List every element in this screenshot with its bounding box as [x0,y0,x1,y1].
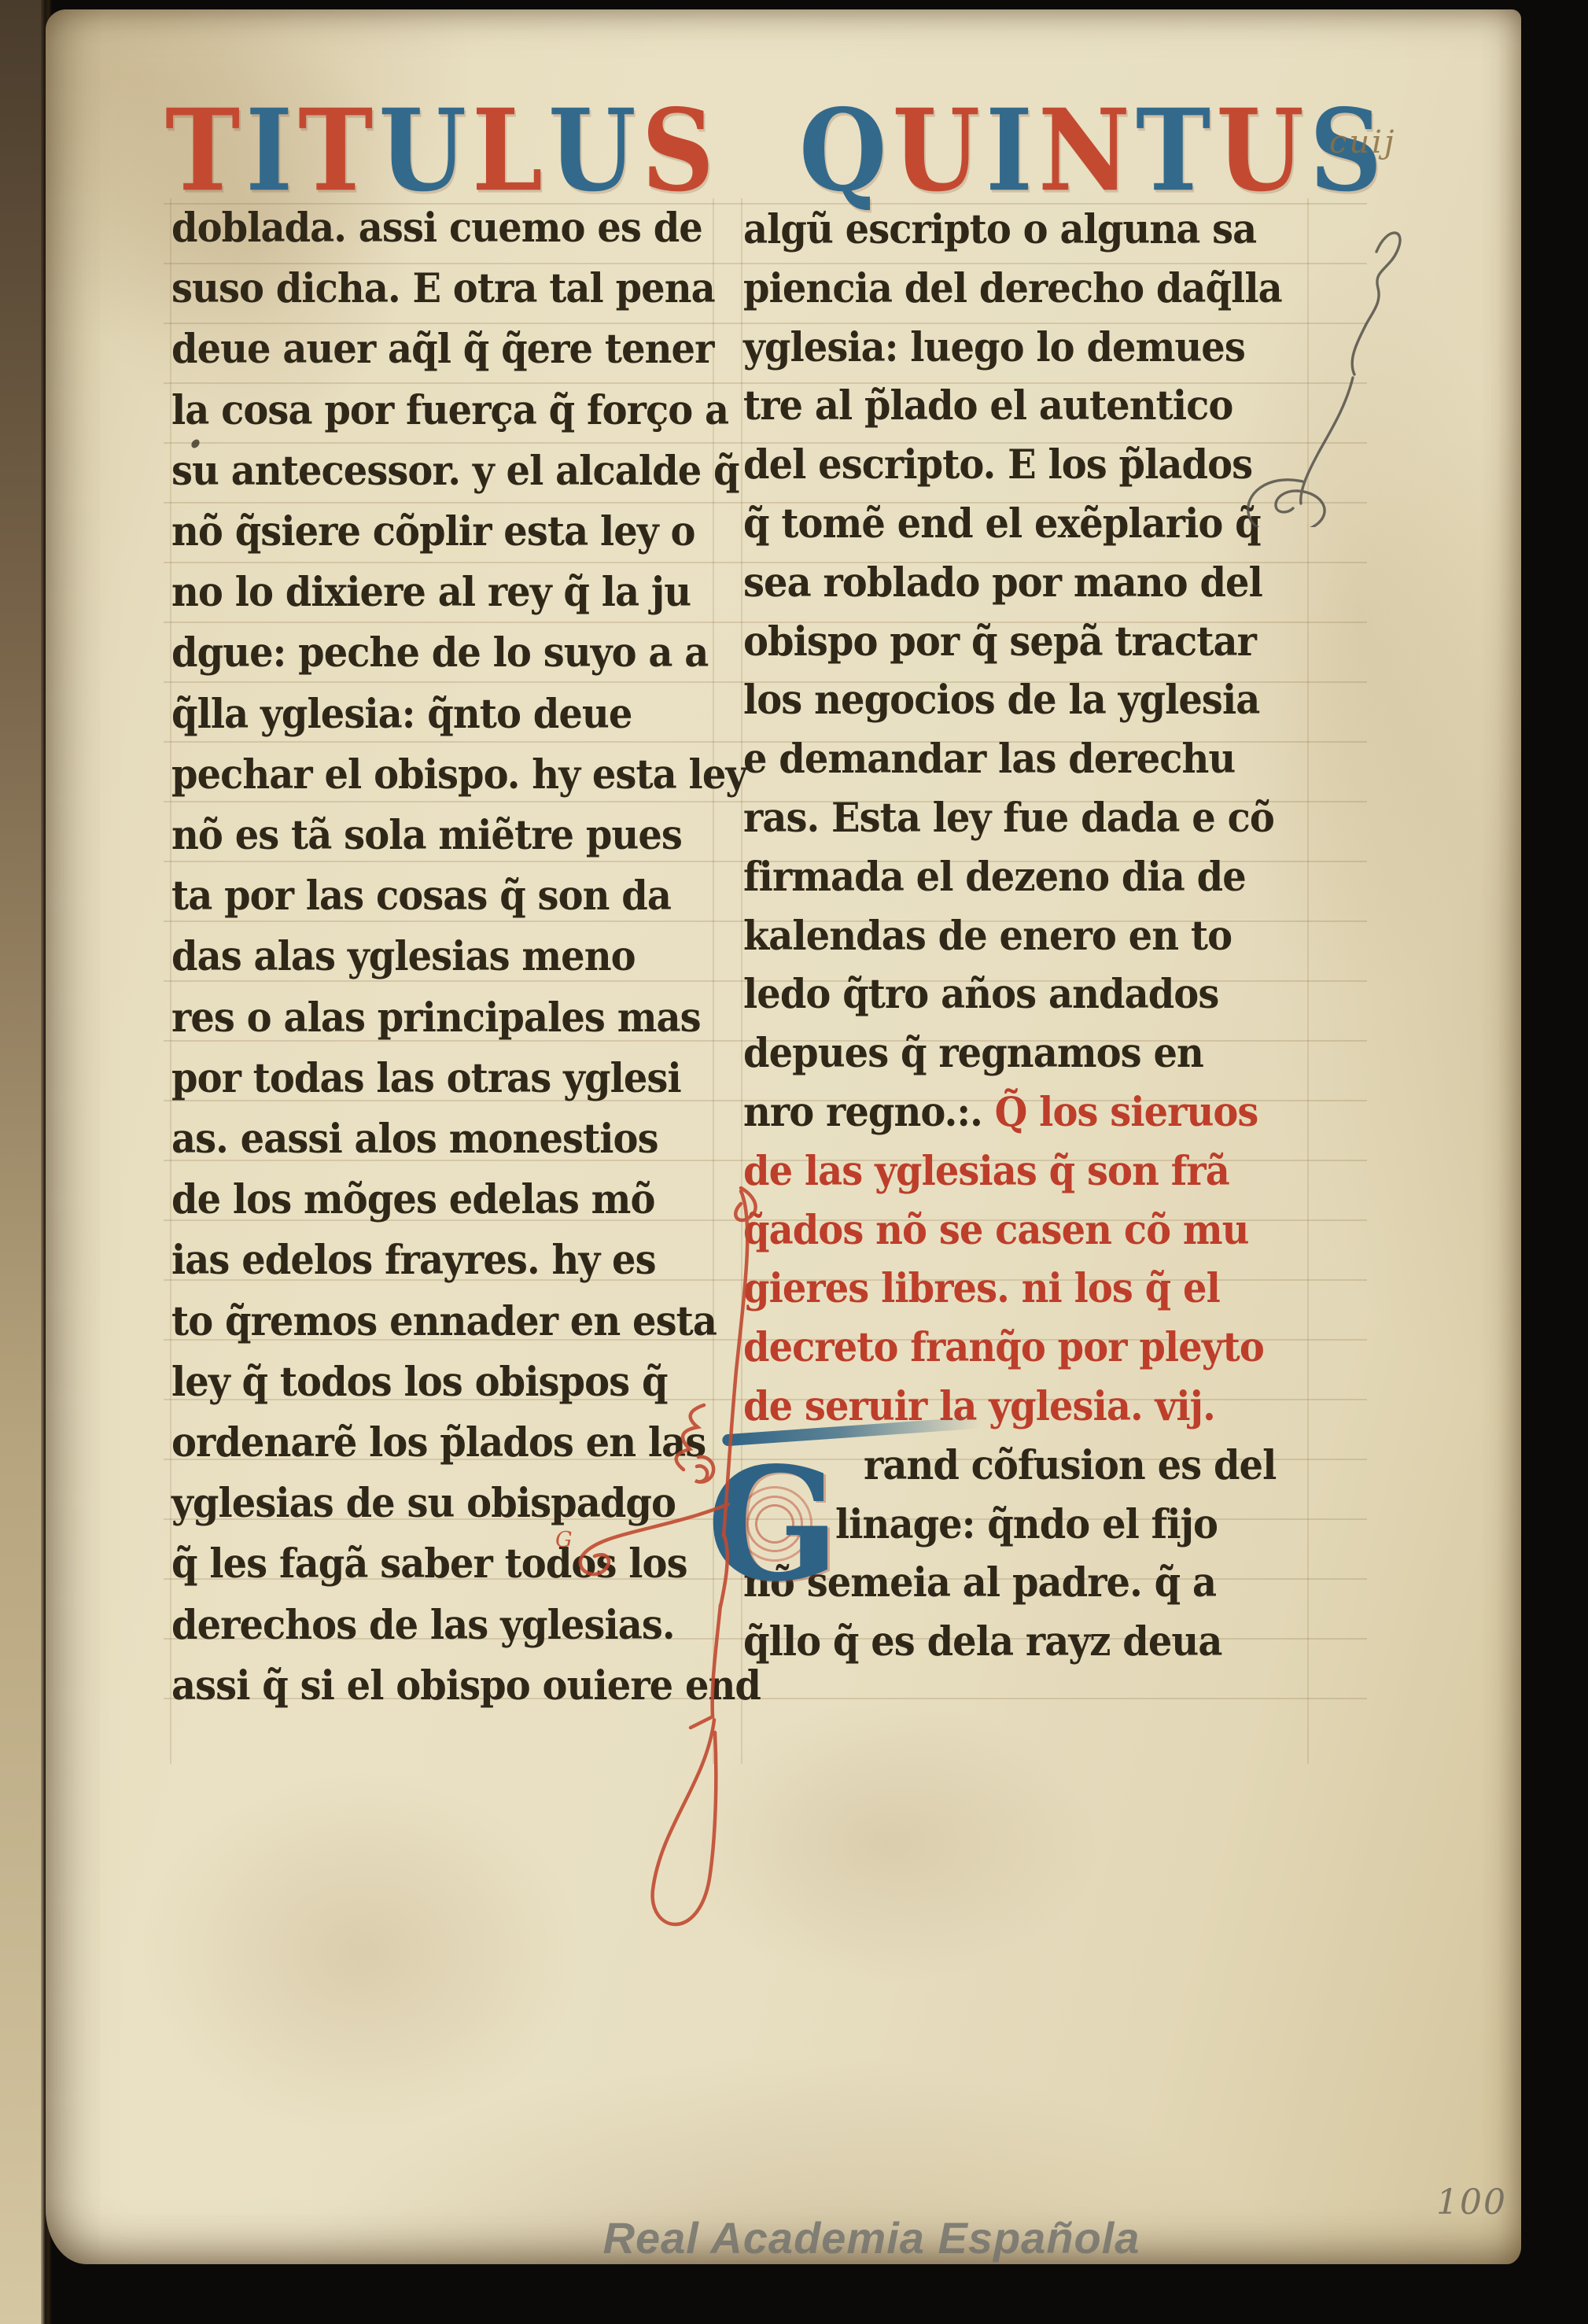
manuscript-line: suso dicha. E otra tal pena [171,267,715,311]
text-segment: nro regno.:. [743,1089,995,1136]
manuscript-line: kalendas de enero en to [743,914,1232,958]
title-letter: I [245,94,298,207]
title-letter: L [472,94,548,207]
text-segment: no lo dixiere al rey q̃ la ju [171,569,691,616]
title-letter: S [642,94,720,207]
manuscript-line: nõ es tã sola miẽtre pues [171,813,682,858]
text-segment: das alas yglesias meno [171,933,636,980]
text-segment: los negocios de la yglesia [743,677,1259,724]
text-segment: as. eassi alos monestios [171,1116,658,1163]
manuscript-line: depues q̃ regnamos en [743,1031,1203,1075]
manuscript-line: piencia del derecho daq̃lla [743,267,1282,311]
manuscript-line: no lo dixiere al rey q̃ la ju [171,570,691,614]
rubric-segment: de las yglesias q̃ son frã [743,1148,1229,1195]
manuscript-line: gieres libres. ni los q̃ el [743,1267,1220,1311]
text-segment: obispo por q̃ sepã tractar [743,618,1256,666]
manuscript-line: obispo por q̃ sepã tractar [743,620,1256,664]
text-segment: doblada. assi cuemo es de [171,205,702,252]
text-segment: ledo q̃tro años andados [743,971,1218,1018]
title-letter: T [1136,94,1216,207]
text-segment: ras. Esta ley fue dada e cõ [743,795,1274,842]
rubric-segment: decreto franq̃o por pleyto [743,1324,1264,1371]
guide-letter: G [555,1528,573,1552]
manuscript-line: decreto franq̃o por pleyto [743,1326,1264,1370]
manuscript-line: firmada el dezeno dia de [743,855,1246,899]
manuscript-page: TITULUS QUINTUS doblada. assi cuemo es d… [46,9,1521,2264]
title-letter: U [548,94,642,207]
folio-number: 100 [1436,2182,1507,2223]
manuscript-line: los negocios de la yglesia [743,678,1259,722]
manuscript-line: por todas las otras yglesi [171,1057,681,1101]
manuscript-line: ta por las cosas q̃ son da [171,874,671,918]
manuscript-line: tre al p̃lado el autentico [743,384,1232,428]
title-letter: U [893,94,986,207]
text-segment: e demandar las derechu [743,736,1235,783]
title-word-titulus: TITULUS [165,101,720,201]
manuscript-line: yglesia: luego lo demues [743,326,1245,370]
text-segment: sea roblado por mano del [743,559,1262,607]
library-watermark: Real Academia Española [533,2212,1210,2263]
text-segment: pechar el obispo. hy esta ley [171,751,746,799]
manuscript-line: dgue: peche de lo suyo a a [171,631,708,675]
text-segment: del escripto. E los p̃lados [743,441,1252,489]
text-segment: ta por las cosas q̃ son da [171,872,671,920]
text-segment: depues q̃ regnamos en [743,1030,1203,1077]
text-segment: q̃llo q̃ es dela rayz deua [743,1618,1221,1666]
title-letter: Q [799,94,893,207]
photo-backdrop: { "header": { "words": [ { "text": "TITU… [0,0,1588,2324]
manuscript-line: de las yglesias q̃ son frã [743,1149,1229,1193]
text-segment: deue auer aq̃l q̃ q̃ere tener [171,326,713,373]
text-segment: nõ q̃siere cõplir esta ley o [171,508,695,555]
manuscript-line: pechar el obispo. hy esta ley [171,753,746,797]
manuscript-line: ledo q̃tro años andados [743,972,1218,1016]
manuscript-line: e demandar las derechu [743,737,1235,781]
manuscript-line: doblada. assi cuemo es de [171,206,702,250]
manuscript-line: res o alas principales mas [171,996,701,1040]
rubric-segment: gieres libres. ni los q̃ el [743,1265,1220,1312]
manuscript-line: nro regno.:. Q̃ los sieruos [743,1090,1258,1134]
manuscript-line: nõ q̃siere cõplir esta ley o [171,510,695,554]
parchment-stain [140,1772,580,2134]
rubric-segment: Q̃ los sieruos [995,1089,1258,1136]
manuscript-line: algũ escripto o alguna sa [743,208,1256,252]
text-segment: suso dicha. E otra tal pena [171,265,715,312]
text-segment: algũ escripto o alguna sa [743,206,1256,253]
manuscript-line: q̃ tomẽ end el exẽplario q̃ [743,502,1261,546]
manuscript-line: as. eassi alos monestios [171,1117,658,1161]
text-segment: nõ es tã sola miẽtre pues [171,812,682,859]
penwork-flourish [543,1164,794,1959]
manuscript-line: del escripto. E los p̃lados [743,443,1252,487]
title-letter: N [1038,94,1136,207]
title-letter: T [298,94,378,207]
pencil-scribble [1227,110,1573,527]
text-segment: q̃lla yglesia: q̃nto deue [171,691,632,738]
manuscript-line: das alas yglesias meno [171,935,636,979]
manuscript-line: su antecessor. y el alcalde q̃ [171,449,739,493]
manuscript-line: deue auer aq̃l q̃ q̃ere tener [171,327,713,371]
manuscript-line: la cosa por fuerça q̃ forço a [171,389,728,433]
text-segment: res o alas principales mas [171,994,701,1042]
manuscript-line: q̃llo q̃ es dela rayz deua [743,1620,1221,1664]
text-segment: rand cõfusion es del [864,1442,1276,1489]
text-segment: su antecessor. y el alcalde q̃ [171,448,739,495]
manuscript-line: ras. Esta ley fue dada e cõ [743,796,1274,840]
text-segment: yglesia: luego lo demues [743,324,1245,371]
manuscript-line: rand cõfusion es del [864,1444,1276,1488]
text-segment: piencia del derecho daq̃lla [743,265,1282,312]
rubric-segment: q̃ados nõ se casen cõ mu [743,1207,1249,1254]
facing-page-edge [0,0,46,2324]
manuscript-line: q̃lla yglesia: q̃nto deue [171,692,632,736]
text-segment: kalendas de enero en to [743,913,1232,960]
title-letter: T [165,94,245,207]
text-segment: q̃ tomẽ end el exẽplario q̃ [743,500,1261,548]
text-segment: linage: q̃ndo el fijo [835,1501,1218,1548]
manuscript-line: sea roblado por mano del [743,561,1262,605]
manuscript-line: linage: q̃ndo el fijo [835,1503,1218,1547]
text-segment: tre al p̃lado el autentico [743,382,1232,430]
title-letter: I [986,94,1038,207]
text-segment: firmada el dezeno dia de [743,854,1246,901]
text-segment: la cosa por fuerça q̃ forço a [171,387,728,434]
text-segment: por todas las otras yglesi [171,1055,681,1102]
manuscript-line: q̃ados nõ se casen cõ mu [743,1208,1249,1252]
text-segment: dgue: peche de lo suyo a a [171,629,708,677]
title-letter: U [378,94,472,207]
